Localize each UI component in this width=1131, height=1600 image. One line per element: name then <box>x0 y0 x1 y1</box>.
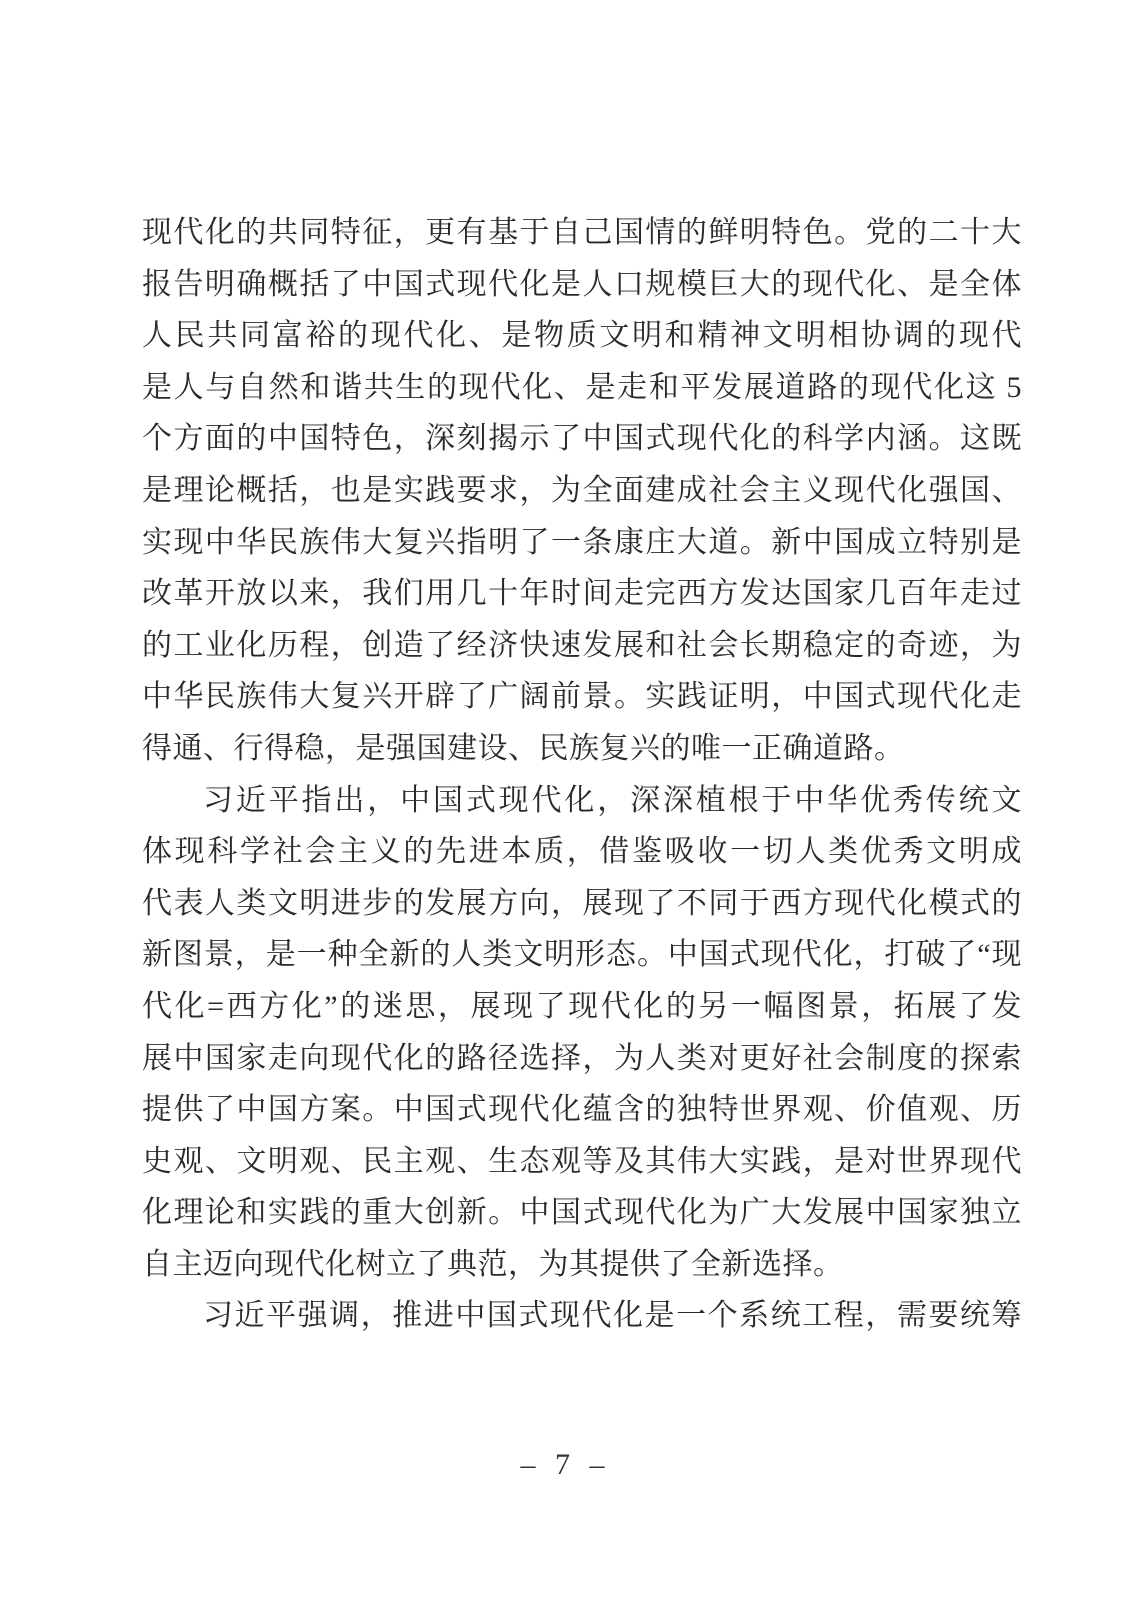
text-line: 实现中华民族伟大复兴指明了一条康庄大道。新中国成立特别是 <box>142 517 1022 569</box>
text-line: 人民共同富裕的现代化、是物质文明和精神文明相协调的现代化、 <box>142 310 1022 362</box>
text-line: 化理论和实践的重大创新。中国式现代化为广大发展中国家独立 <box>142 1187 1022 1239</box>
text-line: 习近平强调，推进中国式现代化是一个系统工程，需要统筹 <box>142 1290 1022 1342</box>
page-number: – 7 – <box>521 1448 611 1481</box>
text-line: 的工业化历程，创造了经济快速发展和社会长期稳定的奇迹，为 <box>142 620 1022 672</box>
text-line: 报告明确概括了中国式现代化是人口规模巨大的现代化、是全体 <box>142 259 1022 311</box>
text-line: 体现科学社会主义的先进本质，借鉴吸收一切人类优秀文明成果， <box>142 826 1022 878</box>
text-line: 提供了中国方案。中国式现代化蕴含的独特世界观、价值观、历 <box>142 1084 1022 1136</box>
text-line: 个方面的中国特色，深刻揭示了中国式现代化的科学内涵。这既 <box>142 413 1022 465</box>
text-line: 现代化的共同特征，更有基于自己国情的鲜明特色。党的二十大 <box>142 207 1022 259</box>
text-line: 改革开放以来，我们用几十年时间走完西方发达国家几百年走过 <box>142 568 1022 620</box>
text-line: 自主迈向现代化树立了典范，为其提供了全新选择。 <box>142 1239 1022 1291</box>
text-line: 代化=西方化”的迷思，展现了现代化的另一幅图景，拓展了发 <box>142 981 1022 1033</box>
text-line: 习近平指出，中国式现代化，深深植根于中华优秀传统文化， <box>142 775 1022 827</box>
text-line: 中华民族伟大复兴开辟了广阔前景。实践证明，中国式现代化走 <box>142 671 1022 723</box>
paragraph: 习近平强调，推进中国式现代化是一个系统工程，需要统筹 <box>142 1290 1022 1342</box>
page-footer: – 7 – <box>0 1448 1131 1482</box>
text-line: 新图景，是一种全新的人类文明形态。中国式现代化，打破了“现 <box>142 929 1022 981</box>
text-line: 是人与自然和谐共生的现代化、是走和平发展道路的现代化这 5 <box>142 362 1022 414</box>
document-page: 现代化的共同特征，更有基于自己国情的鲜明特色。党的二十大报告明确概括了中国式现代… <box>0 0 1131 1600</box>
text-line: 得通、行得稳，是强国建设、民族复兴的唯一正确道路。 <box>142 723 1022 775</box>
text-line: 史观、文明观、民主观、生态观等及其伟大实践，是对世界现代 <box>142 1136 1022 1188</box>
paragraph: 习近平指出，中国式现代化，深深植根于中华优秀传统文化，体现科学社会主义的先进本质… <box>142 775 1022 1291</box>
paragraph: 现代化的共同特征，更有基于自己国情的鲜明特色。党的二十大报告明确概括了中国式现代… <box>142 207 1022 775</box>
text-line: 代表人类文明进步的发展方向，展现了不同于西方现代化模式的 <box>142 878 1022 930</box>
document-body: 现代化的共同特征，更有基于自己国情的鲜明特色。党的二十大报告明确概括了中国式现代… <box>142 207 1022 1342</box>
text-line: 展中国家走向现代化的路径选择，为人类对更好社会制度的探索 <box>142 1033 1022 1085</box>
text-line: 是理论概括，也是实践要求，为全面建成社会主义现代化强国、 <box>142 465 1022 517</box>
